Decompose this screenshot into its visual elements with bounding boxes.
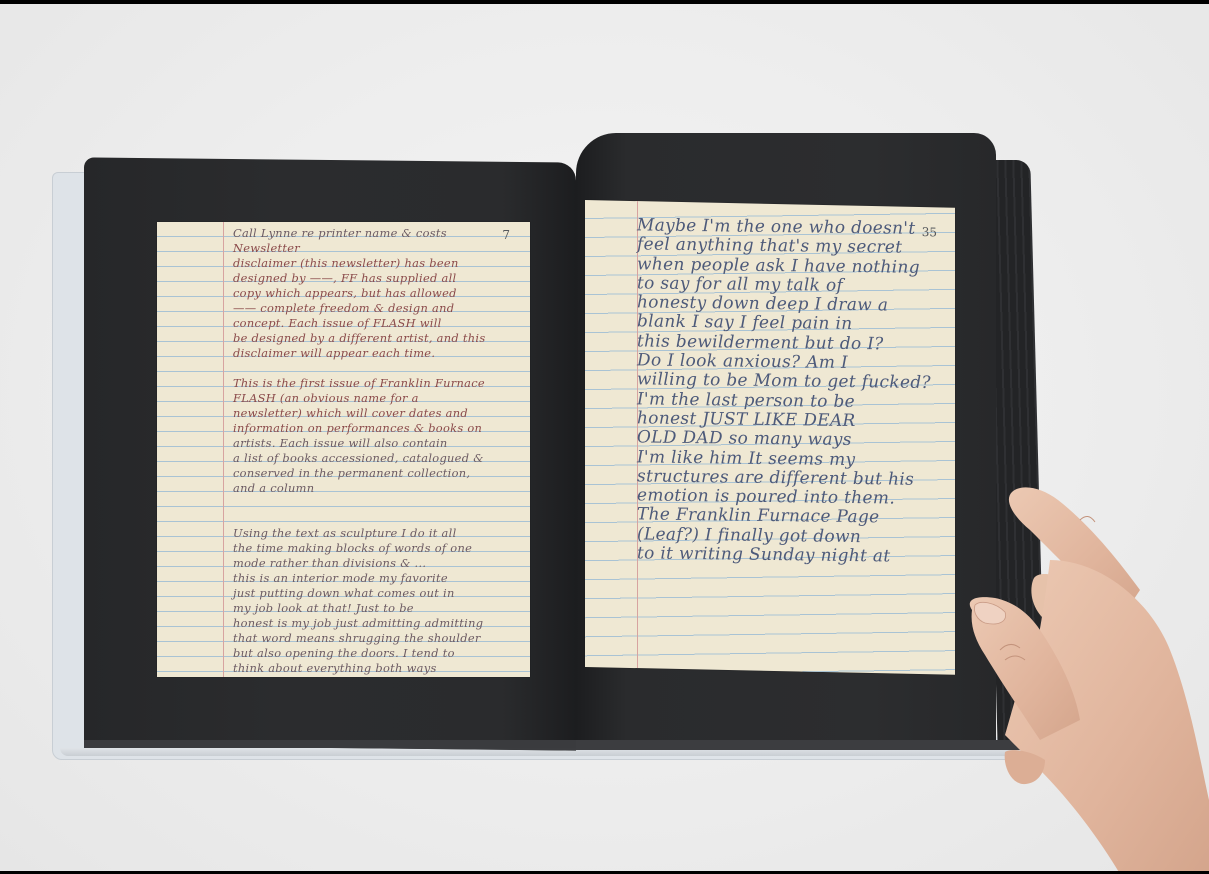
handwritten-line: think about everything both ways bbox=[233, 661, 486, 676]
handwritten-line: mode rather than divisions & ... bbox=[233, 556, 486, 571]
handwritten-line: disclaimer will appear each time. bbox=[233, 346, 486, 361]
handwritten-line: copy which appears, but has allowed bbox=[233, 286, 486, 301]
handwritten-line: a list of books accessioned, catalogued … bbox=[233, 451, 486, 466]
handwritten-line: concept. Each issue of FLASH will bbox=[233, 316, 486, 331]
handwritten-line: disclaimer (this newsletter) has been bbox=[233, 256, 486, 271]
handwritten-line bbox=[233, 511, 486, 526]
handwritten-line: and a column bbox=[233, 481, 486, 496]
handwritten-line: to it writing Sunday night at bbox=[637, 544, 931, 567]
handwritten-line: This is the first issue of Franklin Furn… bbox=[233, 376, 486, 391]
right-notebook-sheet: 35 Maybe I'm the one who doesn't feel an… bbox=[585, 200, 955, 675]
handwritten-line bbox=[233, 496, 486, 511]
handwritten-line: artists. Each issue will also contain bbox=[233, 436, 486, 451]
handwritten-line: but also opening the doors. I tend to bbox=[233, 646, 486, 661]
left-page-bottom-edge bbox=[84, 740, 576, 748]
left-page-number: 7 bbox=[502, 228, 510, 242]
handwritten-line: just putting down what comes out in bbox=[233, 586, 486, 601]
handwritten-line: designed by ——, FF has supplied all bbox=[233, 271, 486, 286]
handwritten-line bbox=[233, 361, 486, 376]
top-border bbox=[0, 0, 1209, 4]
handwritten-line: newsletter) which will cover dates and bbox=[233, 406, 486, 421]
right-page-bottom-edge bbox=[576, 740, 1038, 750]
handwritten-line: this is an interior mode my favorite bbox=[233, 571, 486, 586]
handwritten-line: Using the text as sculpture I do it all bbox=[233, 526, 486, 541]
right-handwriting: Maybe I'm the one who doesn't feel anyth… bbox=[637, 215, 931, 568]
handwritten-line: information on performances & books on bbox=[233, 421, 486, 436]
left-handwriting: Call Lynne re printer name & costs Newsl… bbox=[233, 226, 486, 677]
handwritten-line: FLASH (an obvious name for a bbox=[233, 391, 486, 406]
handwritten-line: Newsletter bbox=[233, 241, 486, 256]
handwritten-line: that word means shrugging the shoulder bbox=[233, 631, 486, 646]
handwritten-line: honest is my job just admitting admittin… bbox=[233, 616, 486, 631]
handwritten-line: conserved in the permanent collection, bbox=[233, 466, 486, 481]
left-notebook-sheet: 7 Call Lynne re printer name & costs New… bbox=[157, 222, 530, 677]
handwritten-line: the time making blocks of words of one bbox=[233, 541, 486, 556]
handwritten-line: my job look at that! Just to be bbox=[233, 601, 486, 616]
handwritten-line: —— complete freedom & design and bbox=[233, 301, 486, 316]
handwritten-line: Call Lynne re printer name & costs bbox=[233, 226, 486, 241]
handwritten-line: I play my father oh! I didn't know and bbox=[233, 676, 486, 677]
handwritten-line: be designed by a different artist, and t… bbox=[233, 331, 486, 346]
